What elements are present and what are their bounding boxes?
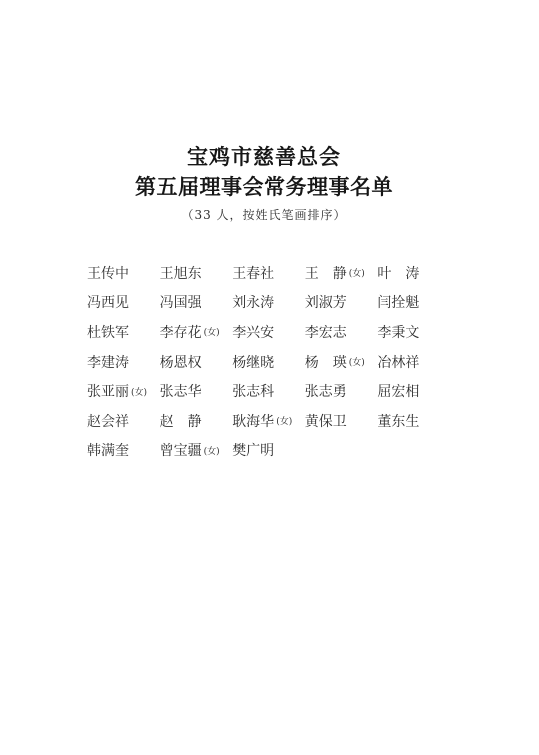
organization-title: 宝鸡市慈善总会 [0, 146, 528, 167]
female-marker: (女) [131, 385, 147, 398]
member-name-text: 杨 瑛 [305, 352, 347, 372]
member-name: 叶 涛 [377, 258, 450, 288]
member-name: 樊广明 [232, 436, 305, 466]
member-name-text: 刘永涛 [232, 292, 274, 312]
member-name-text: 刘淑芳 [305, 292, 347, 312]
member-name: 张亚丽(女) [87, 376, 160, 406]
member-name: 董东生 [377, 406, 450, 436]
member-name: 杜铁军 [87, 317, 160, 347]
member-name: 曾宝疆(女) [160, 436, 233, 466]
female-marker: (女) [276, 414, 292, 427]
member-name: 李建涛 [87, 347, 160, 377]
member-name-text: 张志科 [232, 381, 274, 401]
member-name-text: 韩满奎 [87, 440, 129, 460]
female-marker: (女) [204, 444, 220, 457]
member-grid: 王传中王旭东王春社王 静(女)叶 涛冯西见冯国强刘永涛刘淑芳闫拴魁杜铁军李存花(… [87, 258, 450, 465]
member-name-text: 屈宏相 [377, 381, 419, 401]
female-marker: (女) [349, 355, 365, 368]
member-name: 李兴安 [232, 317, 305, 347]
member-name: 冯国强 [160, 288, 233, 318]
member-name-text: 李建涛 [87, 352, 129, 372]
member-name-text: 董东生 [377, 411, 419, 431]
member-name: 刘淑芳 [305, 288, 378, 318]
member-name-text: 杨继晓 [232, 352, 274, 372]
member-name: 李存花(女) [160, 317, 233, 347]
member-name: 张志勇 [305, 376, 378, 406]
member-name-text: 杜铁军 [87, 322, 129, 342]
member-name: 刘永涛 [232, 288, 305, 318]
member-name-text: 王 静 [305, 263, 347, 283]
member-name: 赵会祥 [87, 406, 160, 436]
document-subtitle: （33 人，按姓氏笔画排序） [0, 209, 528, 221]
member-name: 王春社 [232, 258, 305, 288]
member-name: 赵 静 [160, 406, 233, 436]
member-name: 李宏志 [305, 317, 378, 347]
document-header: 宝鸡市慈善总会 第五届理事会常务理事名单 （33 人，按姓氏笔画排序） [0, 146, 528, 221]
member-name: 李秉文 [377, 317, 450, 347]
member-name-text: 冯国强 [160, 292, 202, 312]
member-name: 冶林祥 [377, 347, 450, 377]
member-name: 冯西见 [87, 288, 160, 318]
member-name-text: 张亚丽 [87, 381, 129, 401]
member-name: 王 静(女) [305, 258, 378, 288]
member-name-text: 王旭东 [160, 263, 202, 283]
member-name-text: 王春社 [232, 263, 274, 283]
member-name: 王传中 [87, 258, 160, 288]
member-name-text: 李兴安 [232, 322, 274, 342]
member-name: 黄保卫 [305, 406, 378, 436]
member-name-text: 黄保卫 [305, 411, 347, 431]
female-marker: (女) [349, 266, 365, 279]
member-name: 张志科 [232, 376, 305, 406]
member-name-text: 冯西见 [87, 292, 129, 312]
member-name-text: 张志华 [160, 381, 202, 401]
member-name-text: 冶林祥 [377, 352, 419, 372]
member-name: 杨继晓 [232, 347, 305, 377]
female-marker: (女) [204, 325, 220, 338]
member-name-text: 王传中 [87, 263, 129, 283]
member-name-text: 杨恩权 [160, 352, 202, 372]
member-name-text: 樊广明 [232, 440, 274, 460]
member-name: 杨恩权 [160, 347, 233, 377]
member-name-text: 闫拴魁 [377, 292, 419, 312]
member-name-text: 张志勇 [305, 381, 347, 401]
member-name: 闫拴魁 [377, 288, 450, 318]
member-name-text: 赵 静 [160, 411, 202, 431]
document-title: 第五届理事会常务理事名单 [0, 176, 528, 198]
member-name-text: 赵会祥 [87, 411, 129, 431]
member-name: 耿海华(女) [232, 406, 305, 436]
document-page: 宝鸡市慈善总会 第五届理事会常务理事名单 （33 人，按姓氏笔画排序） 王传中王… [0, 0, 539, 755]
member-name: 韩满奎 [87, 436, 160, 466]
member-name-text: 曾宝疆 [160, 440, 202, 460]
member-name: 王旭东 [160, 258, 233, 288]
member-name: 张志华 [160, 376, 233, 406]
member-name: 杨 瑛(女) [305, 347, 378, 377]
member-name-text: 李存花 [160, 322, 202, 342]
member-name-text: 李宏志 [305, 322, 347, 342]
member-name-text: 李秉文 [377, 322, 419, 342]
member-name-text: 叶 涛 [377, 263, 419, 283]
member-name: 屈宏相 [377, 376, 450, 406]
member-name-text: 耿海华 [232, 411, 274, 431]
